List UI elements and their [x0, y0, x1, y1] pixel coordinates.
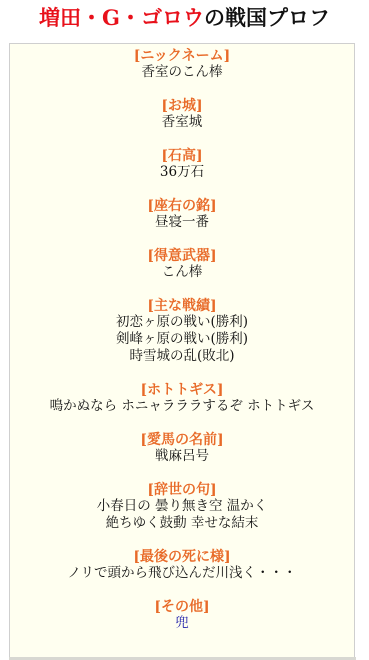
section-label: [得意武器]	[10, 248, 354, 264]
section-value: 剣峰ヶ原の戦い(勝利)	[10, 331, 354, 348]
section-value: 36万石	[10, 164, 354, 181]
section-label: [お城]	[10, 98, 354, 114]
section-label: [石高]	[10, 148, 354, 164]
title-suffix: の戦国プロフ	[204, 5, 330, 30]
section-value: 初恋ヶ原の戦い(勝利)	[10, 314, 354, 331]
section-value: 昼寝一番	[10, 214, 354, 231]
section-hototogisu: [ホトトギス] 鳴かぬなら ホニャラララするぞ ホトトギス	[10, 382, 354, 415]
section-value: こん棒	[10, 264, 354, 281]
section-battles: [主な戦績] 初恋ヶ原の戦い(勝利) 剣峰ヶ原の戦い(勝利) 時雪城の乱(敗北)	[10, 298, 354, 365]
section-value: 戦麻呂号	[10, 448, 354, 465]
section-value: 絶ちゆく鼓動 幸せな結末	[10, 515, 354, 532]
section-label: [ホトトギス]	[10, 382, 354, 398]
section-label: [ニックネーム]	[10, 48, 354, 64]
section-label: [主な戦績]	[10, 298, 354, 314]
section-label: [愛馬の名前]	[10, 432, 354, 448]
section-nickname: [ニックネーム] 香室のこん棒	[10, 48, 354, 81]
page-title: 増田・G・ゴロウの戦国プロフ	[0, 4, 369, 32]
other-link[interactable]: 兜	[10, 615, 354, 632]
section-value: 鳴かぬなら ホニャラララするぞ ホトトギス	[10, 398, 354, 415]
title-name: 増田・G・ゴロウ	[39, 5, 204, 30]
section-horse: [愛馬の名前] 戦麻呂号	[10, 432, 354, 465]
section-motto: [座右の銘] 昼寝一番	[10, 198, 354, 231]
section-death: [最後の死に様] ノリで頭から飛び込んだ川浅く・・・	[10, 549, 354, 582]
section-label: [座右の銘]	[10, 198, 354, 214]
section-kokudaka: [石高] 36万石	[10, 148, 354, 181]
section-value: ノリで頭から飛び込んだ川浅く・・・	[10, 565, 354, 582]
section-weapon: [得意武器] こん棒	[10, 248, 354, 281]
section-label: [その他]	[10, 599, 354, 615]
section-label: [辞世の句]	[10, 482, 354, 498]
section-death-poem: [辞世の句] 小春日の 曇り無き空 温かく 絶ちゆく鼓動 幸せな結末	[10, 482, 354, 532]
profile-box: [ニックネーム] 香室のこん棒 [お城] 香室城 [石高] 36万石 [座右の銘…	[9, 43, 355, 660]
section-castle: [お城] 香室城	[10, 98, 354, 131]
section-value: 香室のこん棒	[10, 64, 354, 81]
section-label: [最後の死に様]	[10, 549, 354, 565]
section-other: [その他] 兜	[10, 599, 354, 632]
section-value: 香室城	[10, 114, 354, 131]
section-value: 小春日の 曇り無き空 温かく	[10, 498, 354, 515]
section-value: 時雪城の乱(敗北)	[10, 348, 354, 365]
